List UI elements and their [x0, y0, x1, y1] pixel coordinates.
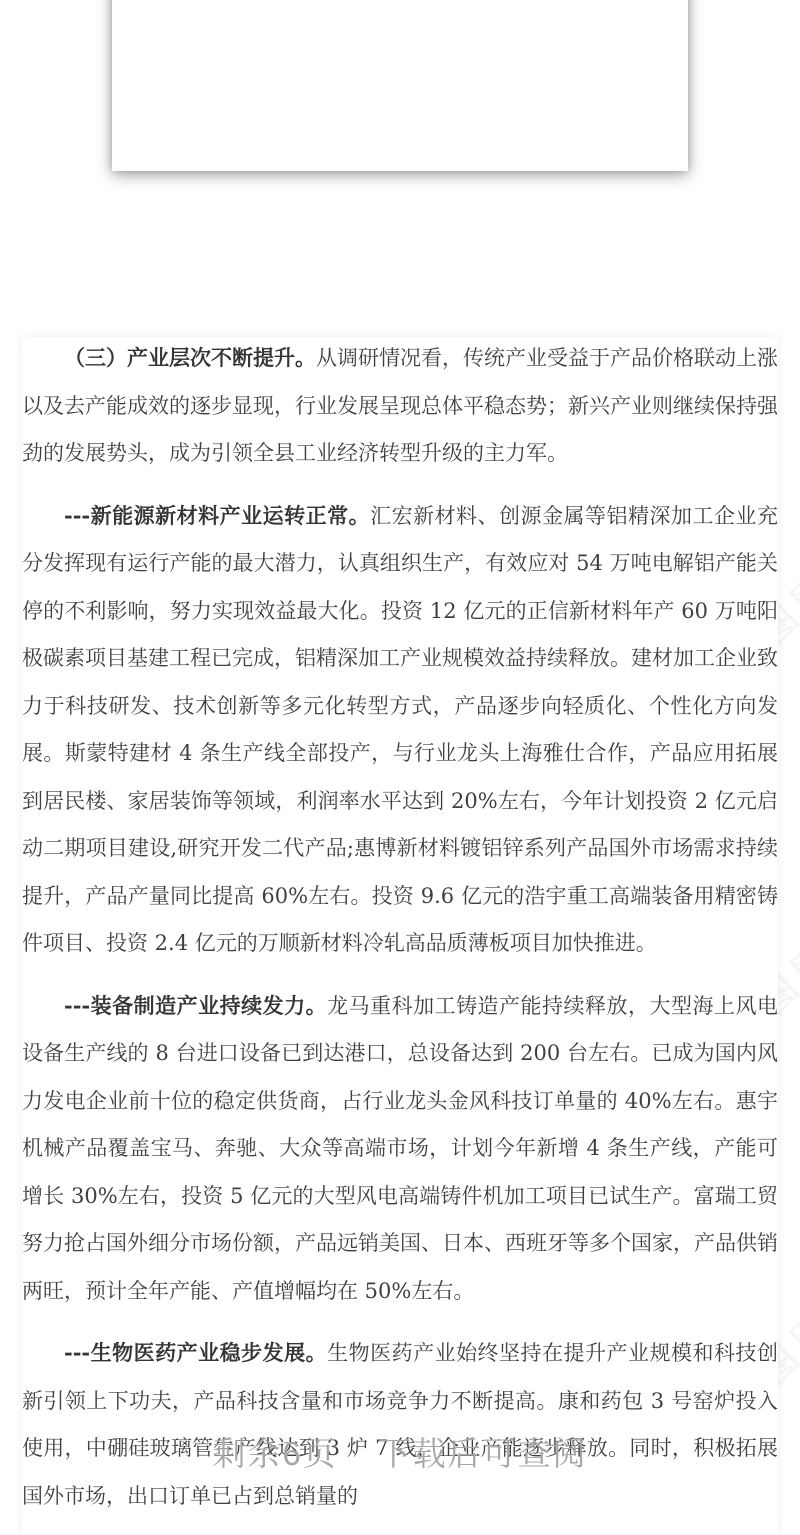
paragraph: ---新能源新材料产业运转正常。汇宏新材料、创源金属等铝精深加工企业充分发挥现有… — [22, 492, 778, 968]
document-body: （三）产业层次不断提升。从调研情况看，传统产业受益于产品价格联动上涨以及去产能成… — [22, 334, 778, 1520]
paragraph-lead: ---新能源新材料产业运转正常。 — [64, 503, 370, 528]
paragraph-lead: ---生物医药产业稳步发展。 — [64, 1340, 327, 1365]
paragraph-lead: （三）产业层次不断提升。 — [64, 345, 316, 370]
remaining-pages-label: 剩余6页 — [212, 1428, 337, 1475]
previous-page-bottom-edge — [112, 0, 688, 171]
paragraph-lead: ---装备制造产业持续发力。 — [64, 993, 327, 1018]
download-hint-label: 下载后可查阅 — [378, 1428, 588, 1475]
paragraph-body: 汇宏新材料、创源金属等铝精深加工企业充分发挥现有运行产能的最大潜力，认真组织生产… — [22, 504, 778, 956]
paragraph-body: 龙马重科加工铸造产能持续释放，大型海上风电设备生产线的 8 台进口设备已到达港口… — [22, 994, 778, 1303]
paragraph: ---生物医药产业稳步发展。生物医药产业始终坚持在提升产业规模和科技创新引领上下… — [22, 1329, 778, 1520]
paragraph-body: 生物医药产业始终坚持在提升产业规模和科技创新引领上下功夫，产品科技含量和市场竞争… — [22, 1341, 778, 1508]
paragraph: ---装备制造产业持续发力。龙马重科加工铸造产能持续释放，大型海上风电设备生产线… — [22, 982, 778, 1316]
paragraph: （三）产业层次不断提升。从调研情况看，传统产业受益于产品价格联动上涨以及去产能成… — [22, 334, 778, 478]
document-page: （三）产业层次不断提升。从调研情况看，传统产业受益于产品价格联动上涨以及去产能成… — [22, 337, 778, 1535]
preview-footer: 剩余6页 下载后可查阅 — [0, 1428, 800, 1475]
